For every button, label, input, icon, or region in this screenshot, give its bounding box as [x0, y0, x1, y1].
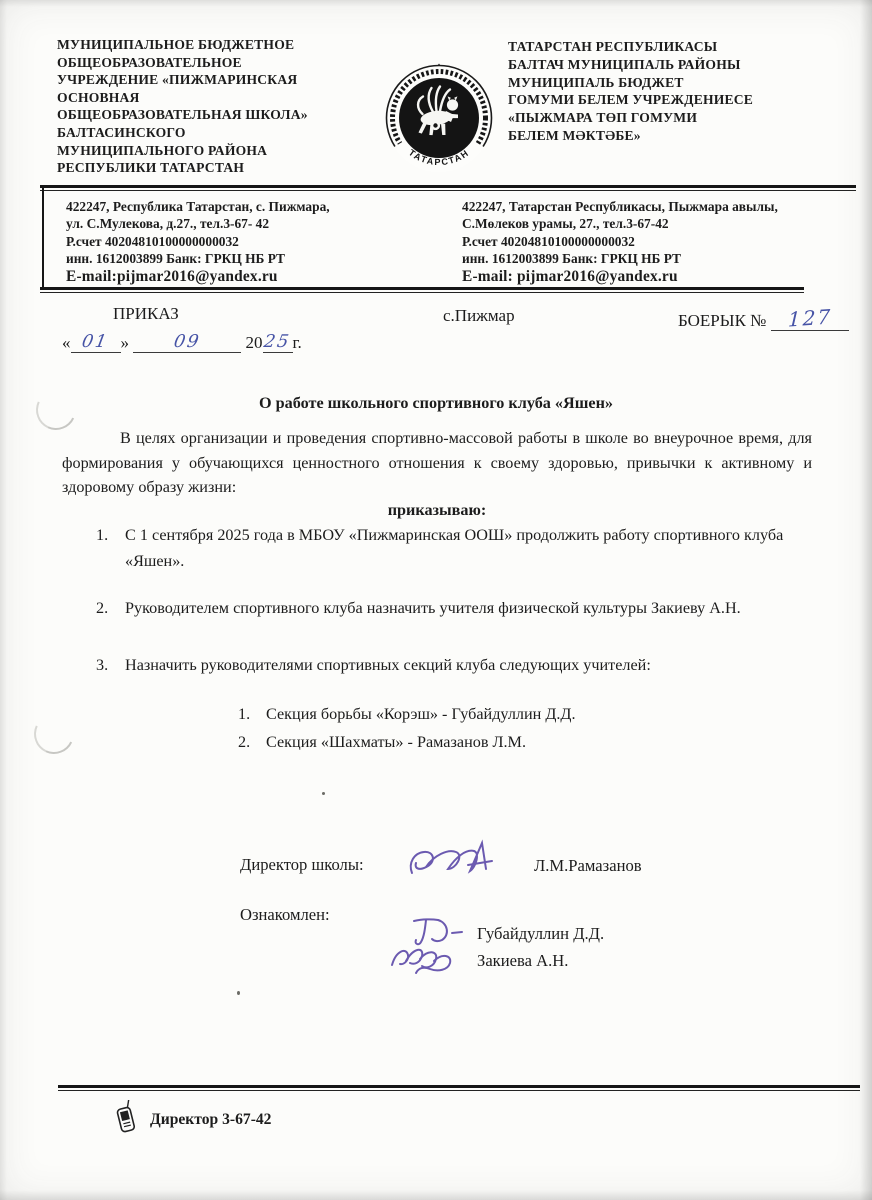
order-item: С 1 сентября 2025 года в МБОУ «Пижмаринс… [96, 523, 812, 574]
order-item: Руководителем спортивного клуба назначит… [96, 596, 812, 622]
director-label: Директор школы: [240, 855, 364, 875]
director-name: Л.М.Рамазанов [534, 856, 642, 876]
org-line: УЧРЕЖДЕНИЕ «ПИЖМАРИНСКАЯ [57, 71, 402, 89]
order-label-russian: ПРИКАЗ [113, 304, 179, 324]
date-year-field: 25 [263, 332, 293, 353]
org-line: БЕЛЕМ МӘКТӘБЕ» [508, 127, 848, 145]
scan-edge-bottom [0, 1190, 872, 1200]
handwritten-order-number: 127 [787, 304, 832, 331]
phone-icon [112, 1100, 140, 1134]
year-suffix: г. [293, 333, 302, 352]
contact-line: инн. 1612003899 Банк: ГРКЦ НБ РТ [462, 250, 842, 267]
divider-rule [40, 287, 804, 296]
contacts-section: 422247, Республика Татарстан, с. Пижмара… [42, 188, 842, 287]
order-date: «01» 09 2025г. [62, 332, 302, 353]
contact-line: С.Мөлеков урамы, 27., тел.3-67-42 [462, 215, 842, 232]
order-item: Назначить руководителями спортивных секц… [96, 653, 812, 679]
email-line: E-mail: pijmar2016@yandex.ru [462, 268, 842, 285]
contacts-russian: 422247, Республика Татарстан, с. Пижмара… [66, 198, 462, 287]
order-items-list: С 1 сентября 2025 года в МБОУ «Пижмаринс… [96, 523, 812, 678]
org-name-tatar: ТАТАРСТАН РЕСПУБЛИКАСЫ БАЛТАЧ МУНИЦИПАЛЬ… [508, 38, 848, 145]
divider-rule [58, 1085, 860, 1094]
section-item: Секция борьбы «Корэш» - Губайдуллин Д.Д. [238, 701, 872, 729]
resolve-word: приказываю: [62, 501, 812, 520]
year-printed: 20 [246, 333, 263, 352]
org-line: МУНИЦИПАЛЬНОЕ БЮДЖЕТНОЕ [57, 36, 402, 54]
scan-artifact-speck [322, 792, 325, 795]
contact-line: Р.счет 40204810100000000032 [66, 233, 462, 250]
contact-line: инн. 1612003899 Банк: ГРКЦ НБ РТ [66, 250, 462, 267]
scan-edge-top [0, 0, 872, 7]
org-line: РЕСПУБЛИКИ ТАТАРСТАН [57, 159, 402, 177]
contact-line: ул. С.Мулекова, д.27., тел.3-67- 42 [66, 215, 462, 232]
org-line: ОСНОВНАЯ [57, 89, 402, 107]
signatures-section: Директор школы: Л.М.Рамазанов Ознакомлен… [0, 845, 872, 1015]
quote-close: » [121, 333, 130, 352]
director-signature [404, 835, 516, 893]
order-label-tatar: БОЕРЫК № 127 [678, 306, 849, 331]
order-place: с.Пижмар [443, 306, 515, 326]
contact-line: 422247, Республика Татарстан, с. Пижмара… [66, 198, 462, 215]
org-line: МУНИЦИПАЛЬНОГО РАЙОНА [57, 142, 402, 160]
org-line: «ПЫЖМАРА ТӨП ГОМУМИ [508, 109, 848, 127]
document-title: О работе школьного спортивного клуба «Яш… [62, 394, 810, 413]
org-line: ГОМУМИ БЕЛЕМ УЧРЕЖДЕНИЕСЕ [508, 91, 848, 109]
handwritten-month: 09 [172, 332, 202, 352]
scan-edge-left [0, 0, 7, 1200]
contact-line: 422247, Татарстан Республикасы, Пыжмара … [462, 198, 842, 215]
org-line: ОБЩЕОБРАЗОВАТЕЛЬНОЕ [57, 54, 402, 72]
scan-artifact-arc [28, 708, 79, 759]
email-line: E-mail:pijmar2016@yandex.ru [66, 268, 462, 285]
contact-line: Р.счет 40204810100000000032 [462, 233, 842, 250]
org-line: ТАТАРСТАН РЕСПУБЛИКАСЫ [508, 38, 848, 56]
scan-edge-right [860, 0, 872, 1200]
org-line: МУНИЦИПАЛЬ БЮДЖЕТ [508, 74, 848, 92]
acknowledged-name-2: Закиева А.Н. [477, 951, 568, 971]
quote-open: « [62, 333, 71, 352]
handwritten-year: 25 [263, 332, 293, 352]
scanned-order-document: МУНИЦИПАЛЬНОЕ БЮДЖЕТНОЕ ОБЩЕОБРАЗОВАТЕЛЬ… [0, 0, 872, 1200]
org-line: БАЛТАЧ МУНИЦИПАЛЬ РАЙОНЫ [508, 56, 848, 74]
handwritten-day: 01 [81, 332, 111, 352]
order-number-caption: БОЕРЫК № [678, 311, 766, 330]
org-line: ОБЩЕОБРАЗОВАТЕЛЬНАЯ ШКОЛА» [57, 106, 402, 124]
date-month-field: 09 [133, 332, 241, 353]
intro-paragraph: В целях организации и проведения спортив… [62, 426, 812, 500]
order-number-field: 127 [771, 306, 849, 331]
sections-sublist: Секция борьбы «Корэш» - Губайдуллин Д.Д.… [96, 701, 872, 756]
contacts-tatar: 422247, Татарстан Республикасы, Пыжмара … [462, 198, 842, 287]
acknowledged-name-1: Губайдуллин Д.Д. [477, 924, 604, 944]
org-line: БАЛТАСИНСКОГО [57, 124, 402, 142]
org-name-russian: МУНИЦИПАЛЬНОЕ БЮДЖЕТНОЕ ОБЩЕОБРАЗОВАТЕЛЬ… [57, 36, 402, 177]
tatarstan-emblem-icon: ТАТАРСТАН [383, 62, 495, 174]
date-day-field: 01 [71, 332, 121, 353]
section-item: Секция «Шахматы» - Рамазанов Л.М. [238, 729, 872, 757]
footer-phone-label: Директор 3-67-42 [150, 1111, 271, 1129]
acknowledged-signature-2 [386, 939, 472, 983]
acknowledged-label: Ознакомлен: [240, 905, 330, 925]
